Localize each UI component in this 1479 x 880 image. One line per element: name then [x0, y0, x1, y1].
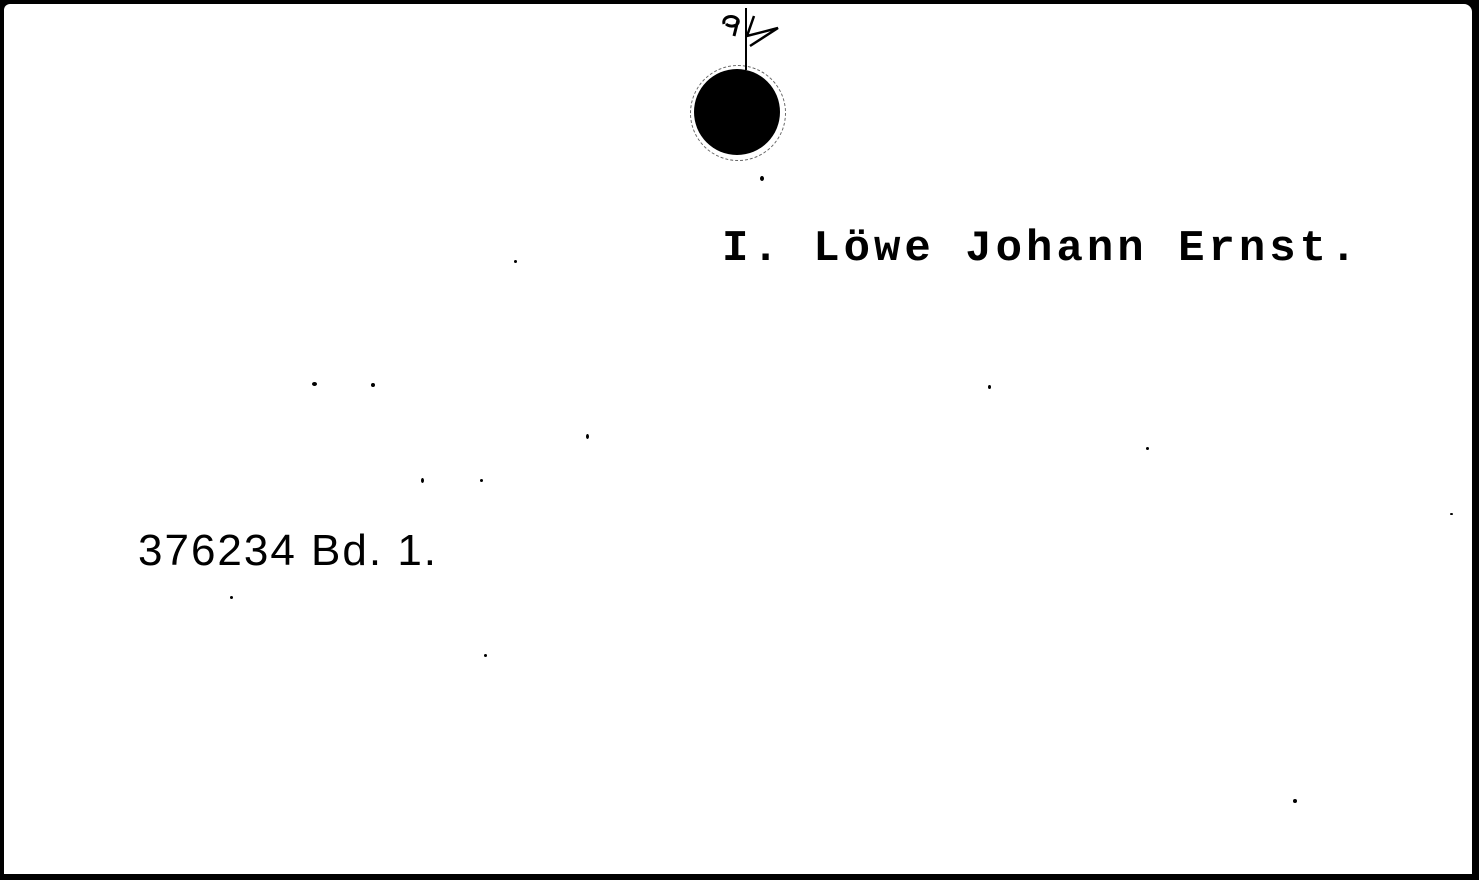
speck — [1450, 513, 1453, 515]
shelfmark-number: 376234 Bd. 1. — [138, 526, 438, 576]
speck — [484, 654, 487, 657]
speck — [760, 176, 764, 181]
speck — [1146, 447, 1149, 450]
card-bottom-edge — [0, 874, 1479, 880]
speck — [988, 385, 991, 389]
index-card: I. Löwe Johann Ernst. 376234 Bd. 1. — [4, 4, 1472, 874]
speck — [421, 478, 424, 483]
speck — [230, 596, 233, 599]
speck — [312, 382, 317, 386]
handwritten-mark-icon — [716, 6, 786, 72]
speck — [480, 479, 483, 482]
speck — [371, 383, 375, 387]
card-heading: I. Löwe Johann Ernst. — [722, 224, 1361, 274]
speck — [1293, 799, 1297, 803]
speck — [514, 260, 517, 263]
punch-hole — [694, 69, 780, 155]
speck — [586, 434, 589, 439]
